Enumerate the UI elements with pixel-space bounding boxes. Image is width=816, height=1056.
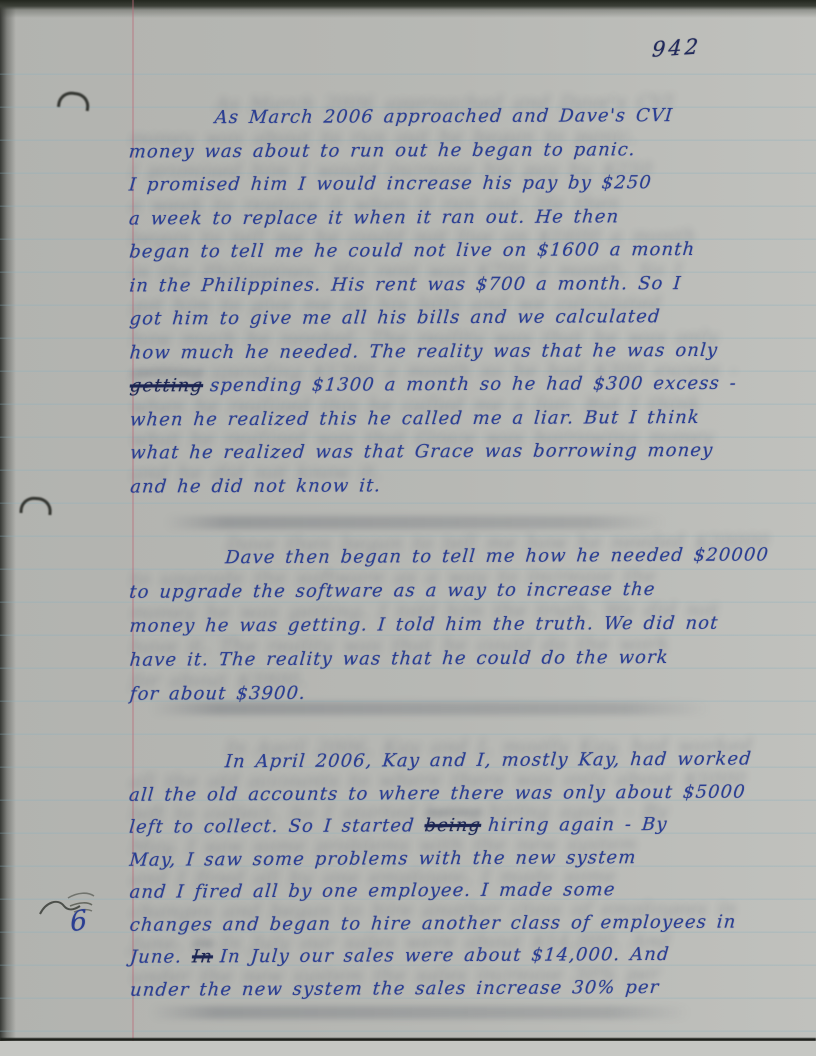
paragraph-2: Dave then began to tell me how he needed…: [128, 538, 801, 712]
handwritten-line: and I fired all by one employee. I made …: [128, 873, 803, 909]
handwritten-line: Dave then began to tell me how he needed…: [128, 538, 803, 576]
line-text: June.: [129, 946, 183, 967]
margin-annotation: 6: [34, 884, 134, 950]
paragraph-3: In April 2006, Kay and I, mostly Kay, ha…: [127, 743, 800, 1007]
handwritten-line: money he was getting. I told him the tru…: [128, 606, 803, 644]
handwritten-line: when he realized this he called me a lia…: [129, 400, 804, 436]
line-text: left to collect. So I started: [128, 815, 415, 838]
handwritten-line: gettingspending $1300 a month so he had …: [128, 367, 803, 403]
hole-punch: [19, 496, 52, 515]
struck-word: being: [424, 815, 482, 836]
paper-bottom-edge: [0, 1038, 816, 1041]
handwritten-line: began to tell me he could not live on $1…: [128, 233, 803, 269]
handwritten-line: May, I saw some problems with the new sy…: [128, 841, 803, 877]
handwritten-line: how much he needed. The reality was that…: [128, 333, 803, 369]
handwritten-line: money was about to run out he began to p…: [127, 132, 802, 168]
handwritten-line: got him to give me all his bills and we …: [128, 300, 803, 336]
line-text: In July our sales were about $14,000. An…: [219, 944, 670, 967]
handwritten-line: and he did not know it.: [129, 467, 804, 503]
scanned-notebook-page: 942 As March 2006 approached and Dave's …: [0, 0, 816, 1041]
line-text: spending $1300 a month so he had $300 ex…: [209, 373, 738, 396]
handwritten-line: a week to replace it when it ran out. He…: [128, 199, 803, 235]
handwritten-line: June. InIn July our sales were about $14…: [129, 938, 804, 974]
margin-note: 6: [69, 904, 88, 938]
handwritten-line: changes and began to hire another class …: [128, 906, 803, 942]
handwritten-line: for about $3900.: [128, 674, 803, 712]
line-text: hiring again - By: [487, 814, 668, 836]
struck-word: In: [191, 946, 214, 967]
handwritten-line: to upgrade the software as a way to incr…: [128, 572, 803, 610]
handwritten-line: As March 2006 approached and Dave's CVI: [127, 99, 802, 135]
handwritten-line: I promised him I would increase his pay …: [128, 166, 803, 202]
handwritten-line: under the new system the sales increase …: [129, 971, 804, 1007]
ink-bleed-smudge: [165, 516, 665, 529]
handwritten-line: left to collect. So I started beinghirin…: [128, 808, 803, 844]
handwritten-line: In April 2006, Kay and I, mostly Kay, ha…: [127, 743, 802, 779]
handwritten-line: all the old accounts to where there was …: [128, 776, 803, 812]
handwritten-line: what he realized was that Grace was borr…: [129, 434, 804, 470]
page-number: 942: [651, 34, 702, 62]
struck-word: getting: [129, 375, 204, 396]
handwritten-line: have it. The reality was that he could d…: [128, 640, 803, 678]
handwritten-line: in the Philippines. His rent was $700 a …: [128, 266, 803, 302]
ink-bleed-smudge: [150, 1006, 690, 1019]
paragraph-1: As March 2006 approached and Dave's CVI …: [127, 99, 801, 504]
hole-punch: [57, 90, 91, 111]
